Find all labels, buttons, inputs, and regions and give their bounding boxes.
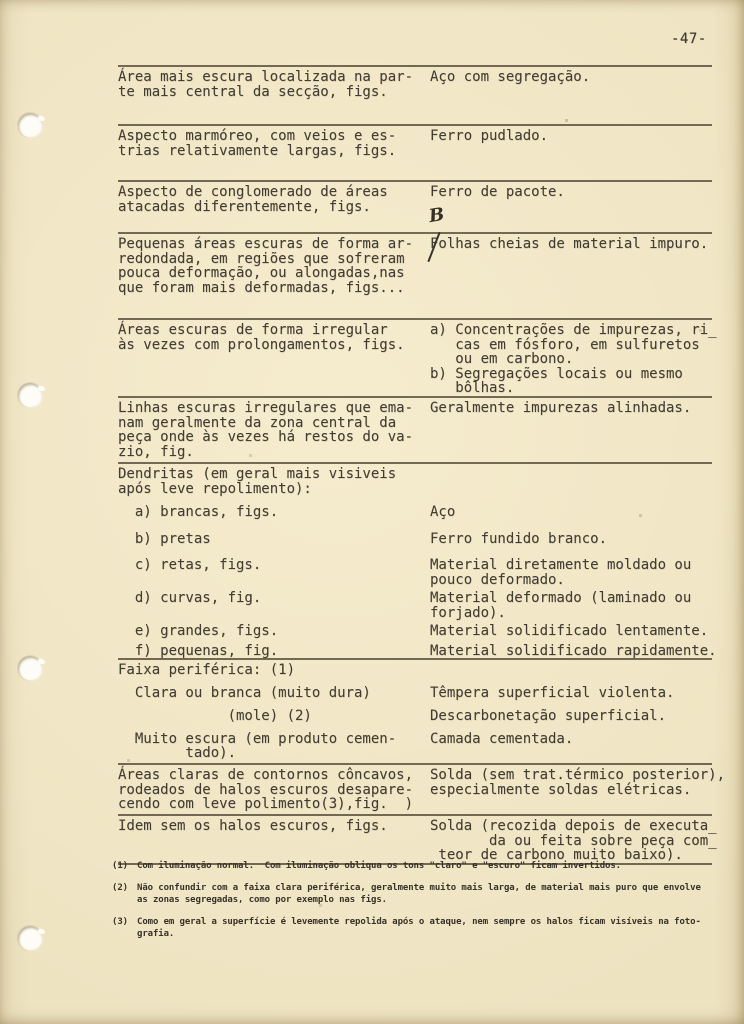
punch-hole	[18, 383, 42, 407]
interpretation-cell: Solda (sem trat.térmico posterior), espe…	[430, 768, 712, 814]
paper-specks	[0, 0, 1, 1]
footnote-1: (1) Com iluminação normal. Com iluminaçã…	[112, 860, 716, 872]
table-row: Áreas claras de contornos côncavos, rode…	[118, 763, 712, 814]
footnote-marker: (2)	[112, 882, 137, 906]
table-row: Área mais escura localizada na par- te m…	[118, 65, 712, 124]
punch-hole	[18, 656, 42, 680]
observation-cell: Áreas claras de contornos côncavos, rode…	[118, 768, 430, 814]
footnote-marker: (3)	[112, 916, 137, 940]
observation-cell: Idem sem os halos escuros, figs.	[118, 819, 430, 863]
faixa-item: Clara ou branca (muito dura) Têmpera sup…	[118, 686, 712, 701]
table-row: Áreas escuras de forma irregular às veze…	[118, 318, 712, 396]
interpretation-cell: Solda (recozida depois de executa̲ da ou…	[430, 819, 712, 863]
observation-cell: Áreas escuras de forma irregular às veze…	[118, 323, 430, 396]
table-row: Aspecto de conglomerado de áreas atacada…	[118, 180, 712, 232]
interpretation-cell: Folhas cheias de material impuro.	[430, 237, 712, 318]
interpretation-cell: Geralmente impurezas alinhadas.	[430, 401, 712, 462]
table-row: Linhas escuras irregulares que ema- nam …	[118, 396, 712, 462]
faixa-item: Muito escura (em produto cemen- tado). C…	[118, 732, 712, 761]
observation-cell: Aspecto de conglomerado de áreas atacada…	[118, 185, 430, 232]
footnote-3: (3) Como em geral a superfície é levemen…	[112, 916, 716, 940]
page-number: -47-	[671, 31, 707, 47]
interpretation-cell: a) Concentrações de impurezas, ri̲ cas e…	[430, 323, 712, 396]
dendritas-item: e) grandes, figs. Material solidificado …	[118, 624, 712, 639]
faixa-heading: Faixa periférica: (1)	[118, 663, 712, 678]
dendritas-item: f) pequenas, fig. Material solidificado …	[118, 644, 712, 659]
interpretation-cell: Ferro de pacote.	[430, 185, 712, 232]
table-row: Pequenas áreas escuras de forma ar- redo…	[118, 232, 712, 318]
dendritas-item: d) curvas, fig. Material deformado (lami…	[118, 591, 712, 620]
dendritas-heading: Dendritas (em geral mais visiveis após l…	[118, 467, 712, 496]
footnote-marker: (1)	[112, 860, 137, 872]
footnotes: (1) Com iluminação normal. Com iluminaçã…	[112, 860, 716, 940]
table-row: Aspecto marmóreo, com veios e es- trias …	[118, 124, 712, 180]
table-row: Idem sem os halos escuros, figs. Solda (…	[118, 814, 712, 863]
footnote-2: (2) Não confundir com a faixa clara peri…	[112, 882, 716, 906]
dendritas-item: b) pretas Ferro fundido branco.	[118, 532, 712, 547]
table-row-faixa: Faixa periférica: (1) Clara ou branca (m…	[118, 658, 712, 763]
interpretation-cell: Aço com segregação.	[430, 70, 712, 124]
faixa-item: (mole) (2) Descarbonetação superficial.	[118, 709, 712, 724]
handwritten-correction-b: B	[427, 204, 445, 227]
observations-table: Área mais escura localizada na par- te m…	[118, 65, 712, 865]
observation-cell: Aspecto marmóreo, com veios e es- trias …	[118, 129, 430, 180]
punch-hole	[18, 926, 42, 950]
dendritas-item: c) retas, figs. Material diretamente mol…	[118, 558, 712, 587]
interpretation-cell: Ferro pudlado.	[430, 129, 712, 180]
punch-hole	[18, 113, 42, 137]
observation-cell: Pequenas áreas escuras de forma ar- redo…	[118, 237, 430, 318]
observation-cell: Área mais escura localizada na par- te m…	[118, 70, 430, 124]
table-row-dendritas: Dendritas (em geral mais visiveis após l…	[118, 462, 712, 658]
dendritas-item: a) brancas, figs. Aço	[118, 505, 712, 520]
observation-cell: Linhas escuras irregulares que ema- nam …	[118, 401, 430, 462]
